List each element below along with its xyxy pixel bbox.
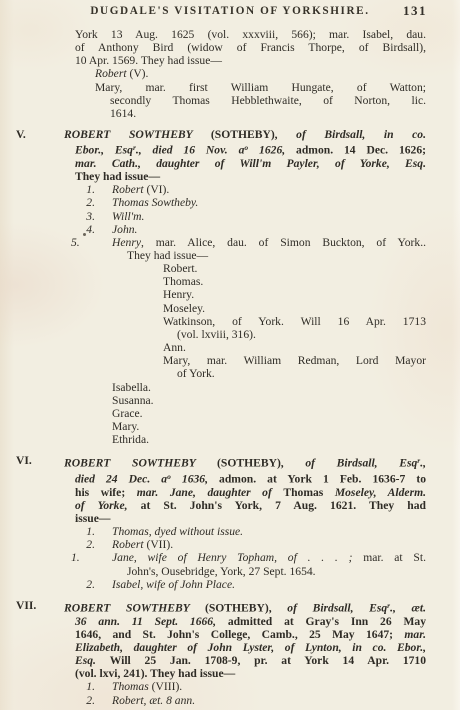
section-vii: VII.ROBERT SOWTHEBY (SOTHEBY), of Birdsa…: [0, 599, 460, 707]
text-line: 2.Robert (VII).: [0, 538, 460, 551]
page-text: York 13 Aug. 1625 (vol. xxxviii, 566); m…: [0, 28, 460, 707]
text-line: They had issue—: [0, 249, 460, 262]
text-segment: (SOTHEBY),: [205, 601, 287, 614]
text-segment: (VI).: [146, 183, 169, 196]
text-segment: They had issue—: [75, 170, 160, 183]
text-segment: (VIII).: [152, 680, 183, 693]
text-line: died 24 Dec. ao 1636, admon. at York 1 F…: [0, 470, 460, 486]
text-segment: Moseley.: [163, 302, 205, 315]
text-segment: Susanna.: [112, 394, 154, 407]
text-line: Grace.: [0, 407, 460, 420]
text-segment: Will'm.: [112, 210, 144, 223]
line-label: 5.: [71, 236, 95, 249]
text-segment: (vol. lxvi, 241). They had issue—: [75, 667, 235, 680]
header-title: DUGDALE'S VISITATION OF YORKSHIRE.: [0, 5, 460, 17]
text-segment: Ebor., Esq: [75, 144, 133, 157]
text-line: Ethrida.: [0, 433, 460, 446]
text-segment: ., æt.: [390, 601, 426, 614]
text-line: Ann.: [0, 341, 460, 354]
text-segment: admon. 14 Dec. 1626;: [296, 144, 426, 157]
text-segment: ROBERT SOWTHEBY: [64, 601, 205, 614]
text-line: 1614.: [0, 107, 460, 120]
text-line: Watkinson, of York. Will 16 Apr. 1713: [0, 315, 460, 328]
text-segment: Robert: [112, 538, 146, 551]
text-segment: Thomas: [112, 680, 152, 693]
text-line: 36 ann. 11 Sept. 1666, admitted at Gray'…: [0, 615, 460, 628]
text-segment: Grace.: [112, 407, 143, 420]
text-line: issue—: [0, 512, 460, 525]
line-label: V.: [16, 128, 52, 141]
line-label: 2.: [71, 538, 95, 551]
text-line: York 13 Aug. 1625 (vol. xxxviii, 566); m…: [0, 28, 460, 41]
text-segment: York 13 Aug. 1625 (vol. xxxviii, 566); m…: [75, 28, 426, 41]
text-segment: (SOTHEBY),: [217, 457, 305, 470]
text-segment: mar. Cath., daughter of Will'm Payler, o…: [75, 157, 426, 170]
text-segment: Robert, æt. 8 ann.: [112, 694, 195, 707]
text-segment: 10 Apr. 1569. They had issue—: [75, 54, 222, 67]
text-segment: his wife;: [75, 486, 137, 499]
text-segment: 36 ann. 11 Sept. 1666,: [75, 615, 228, 628]
text-segment: of Birdsall, Esq: [287, 601, 387, 614]
text-segment: at St. John's York, 7 Aug. 1621. They ha…: [141, 499, 426, 512]
text-segment: Henry.: [163, 288, 194, 301]
text-line: V.ROBERT SOWTHEBY (SOTHEBY), of Birdsall…: [0, 128, 460, 141]
text-line: Robert.: [0, 262, 460, 275]
text-line: They had issue—: [0, 170, 460, 183]
text-segment: admon. at York 1 Feb. 1636-7 to: [219, 473, 426, 486]
text-segment: Isabel, wife of John Place.: [112, 578, 235, 591]
section-v: V.ROBERT SOWTHEBY (SOTHEBY), of Birdsall…: [0, 128, 460, 446]
text-segment: Watkinson, of York. Will 16 Apr. 1713: [163, 315, 426, 328]
line-label: 1.: [71, 183, 95, 196]
text-segment: Ann.: [163, 341, 186, 354]
line-label: VII.: [16, 599, 52, 612]
line-label: 1.: [71, 525, 95, 538]
text-segment: issue—: [75, 512, 110, 525]
text-line: Mary.: [0, 420, 460, 433]
text-line: 1.Jane, wife of Henry Topham, of . . . ;…: [0, 551, 460, 564]
text-line: 5.Henry, mar. Alice, dau. of Simon Buckt…: [0, 236, 460, 249]
text-line: secondly Thomas Hebblethwaite, of Norton…: [0, 94, 460, 107]
text-segment: ROBERT SOWTHEBY: [64, 128, 211, 141]
text-segment: Henry: [112, 236, 141, 249]
text-segment: of Yorke,: [75, 499, 141, 512]
text-segment: of York.: [177, 367, 215, 380]
text-line: of Anthony Bird (widow of Francis Thorpe…: [0, 41, 460, 54]
text-line: mar. Cath., daughter of Will'm Payler, o…: [0, 157, 460, 170]
text-segment: Moseley, Alderm.: [335, 486, 426, 499]
line-label: 3.: [71, 210, 95, 223]
text-segment: Thomas, dyed without issue.: [112, 525, 243, 538]
text-segment: admitted at Gray's Inn 26 May: [228, 615, 426, 628]
text-segment: mar. Jane, daughter of: [137, 486, 284, 499]
line-label: 2.: [71, 578, 95, 591]
text-segment: Jane, wife of Henry Topham, of . . . ;: [112, 551, 363, 564]
text-segment: mar. at St.: [363, 551, 426, 564]
line-label: 2.: [71, 196, 95, 209]
text-line: Mary, mar. first William Hungate, of Wat…: [0, 81, 460, 94]
text-line: Thomas.: [0, 275, 460, 288]
text-line: of York.: [0, 367, 460, 380]
text-line: Robert (V).: [0, 67, 460, 80]
text-line: Moseley.: [0, 302, 460, 315]
line-label: 1.: [71, 680, 95, 693]
text-line: VII.ROBERT SOWTHEBY (SOTHEBY), of Birdsa…: [0, 599, 460, 615]
text-line: Esq. Will 25 Jan. 1708-9, pr. at York 14…: [0, 654, 460, 667]
text-segment: (VII).: [146, 538, 173, 551]
text-segment: Elizabeth, daughter of John Lyster, of L…: [75, 641, 426, 654]
text-segment: Mary, mar. first William Hungate, of Wat…: [95, 81, 426, 94]
text-line: VI.ROBERT SOWTHEBY (SOTHEBY), of Birdsal…: [0, 454, 460, 470]
text-segment: 1626,: [248, 144, 296, 157]
text-segment: (V).: [129, 67, 148, 80]
text-line: Mary, mar. William Redman, Lord Mayor: [0, 354, 460, 367]
text-segment: 1614.: [110, 107, 136, 120]
text-line: Susanna.: [0, 394, 460, 407]
text-line: of Yorke, at St. John's York, 7 Aug. 162…: [0, 499, 460, 512]
text-segment: Robert: [95, 67, 129, 80]
text-line: Ebor., Esqr., died 16 Nov. ao 1626, admo…: [0, 141, 460, 157]
text-segment: Thomas Sowtheby.: [112, 196, 198, 209]
text-segment: Mary, mar. William Redman, Lord Mayor: [163, 354, 426, 367]
text-segment: ., died 16 Nov. a: [136, 144, 245, 157]
text-line: Elizabeth, daughter of John Lyster, of L…: [0, 641, 460, 654]
text-segment: (SOTHEBY),: [211, 128, 296, 141]
text-line: 1.Robert (VI).: [0, 183, 460, 196]
running-header: DUGDALE'S VISITATION OF YORKSHIRE. 131: [0, 0, 460, 20]
line-label: VI.: [16, 454, 52, 467]
text-segment: , mar. Alice, dau. of Simon Buckton, of …: [141, 236, 426, 249]
text-segment: Esq.: [75, 654, 110, 667]
text-line: John's, Ousebridge, York, 27 Sept. 1654.: [0, 565, 460, 578]
text-segment: 1636,: [171, 473, 219, 486]
text-segment: John's, Ousebridge, York, 27 Sept. 1654.: [127, 565, 316, 578]
text-segment: mar.: [404, 628, 426, 641]
line-label: 1.: [71, 551, 95, 564]
text-segment: secondly Thomas Hebblethwaite, of Norton…: [110, 94, 426, 107]
text-line: 3.Will'm.: [0, 210, 460, 223]
text-line: 1646, and St. John's College, Camb., 25 …: [0, 628, 460, 641]
text-line: Henry.: [0, 288, 460, 301]
text-segment: Ethrida.: [112, 433, 149, 446]
text-segment: Will 25 Jan. 1708-9, pr. at York 14 Apr.…: [110, 654, 426, 667]
text-segment: .,: [420, 457, 426, 470]
text-line: 2.Robert, æt. 8 ann.: [0, 694, 460, 707]
ink-speck: [83, 233, 86, 236]
text-line: 10 Apr. 1569. They had issue—: [0, 54, 460, 67]
line-label: 2.: [71, 694, 95, 707]
text-segment: of Anthony Bird (widow of Francis Thorpe…: [75, 41, 426, 54]
text-line: (vol. lxviii, 316).: [0, 328, 460, 341]
section-iv-continuation: York 13 Aug. 1625 (vol. xxxviii, 566); m…: [0, 28, 460, 120]
text-segment: ROBERT SOWTHEBY: [64, 457, 217, 470]
text-segment: of Birdsall, Esq: [305, 457, 417, 470]
text-segment: Mary.: [112, 420, 139, 433]
text-line: 2.Isabel, wife of John Place.: [0, 578, 460, 591]
text-line: his wife; mar. Jane, daughter of Thomas …: [0, 486, 460, 499]
text-line: 1.Thomas (VIII).: [0, 680, 460, 693]
text-segment: Thomas: [283, 486, 334, 499]
text-segment: 1646, and St. John's College, Camb., 25 …: [75, 628, 404, 641]
text-segment: died 24 Dec. a: [75, 473, 167, 486]
text-segment: Thomas.: [163, 275, 203, 288]
text-segment: of Birdsall, in co.: [296, 128, 426, 141]
text-line: 1.Thomas, dyed without issue.: [0, 525, 460, 538]
text-segment: (vol. lxviii, 316).: [177, 328, 256, 341]
page-number: 131: [403, 3, 427, 19]
text-line: 2.Thomas Sowtheby.: [0, 196, 460, 209]
text-segment: Robert.: [163, 262, 197, 275]
text-segment: Robert: [112, 183, 146, 196]
text-line: (vol. lxvi, 241). They had issue—: [0, 667, 460, 680]
text-segment: John.: [112, 223, 137, 236]
text-segment: They had issue—: [127, 249, 208, 262]
text-segment: Isabella.: [112, 381, 151, 394]
book-page-scan: DUGDALE'S VISITATION OF YORKSHIRE. 131 Y…: [0, 0, 460, 710]
section-vi: VI.ROBERT SOWTHEBY (SOTHEBY), of Birdsal…: [0, 454, 460, 591]
text-line: 4.John.: [0, 223, 460, 236]
text-line: Isabella.: [0, 381, 460, 394]
